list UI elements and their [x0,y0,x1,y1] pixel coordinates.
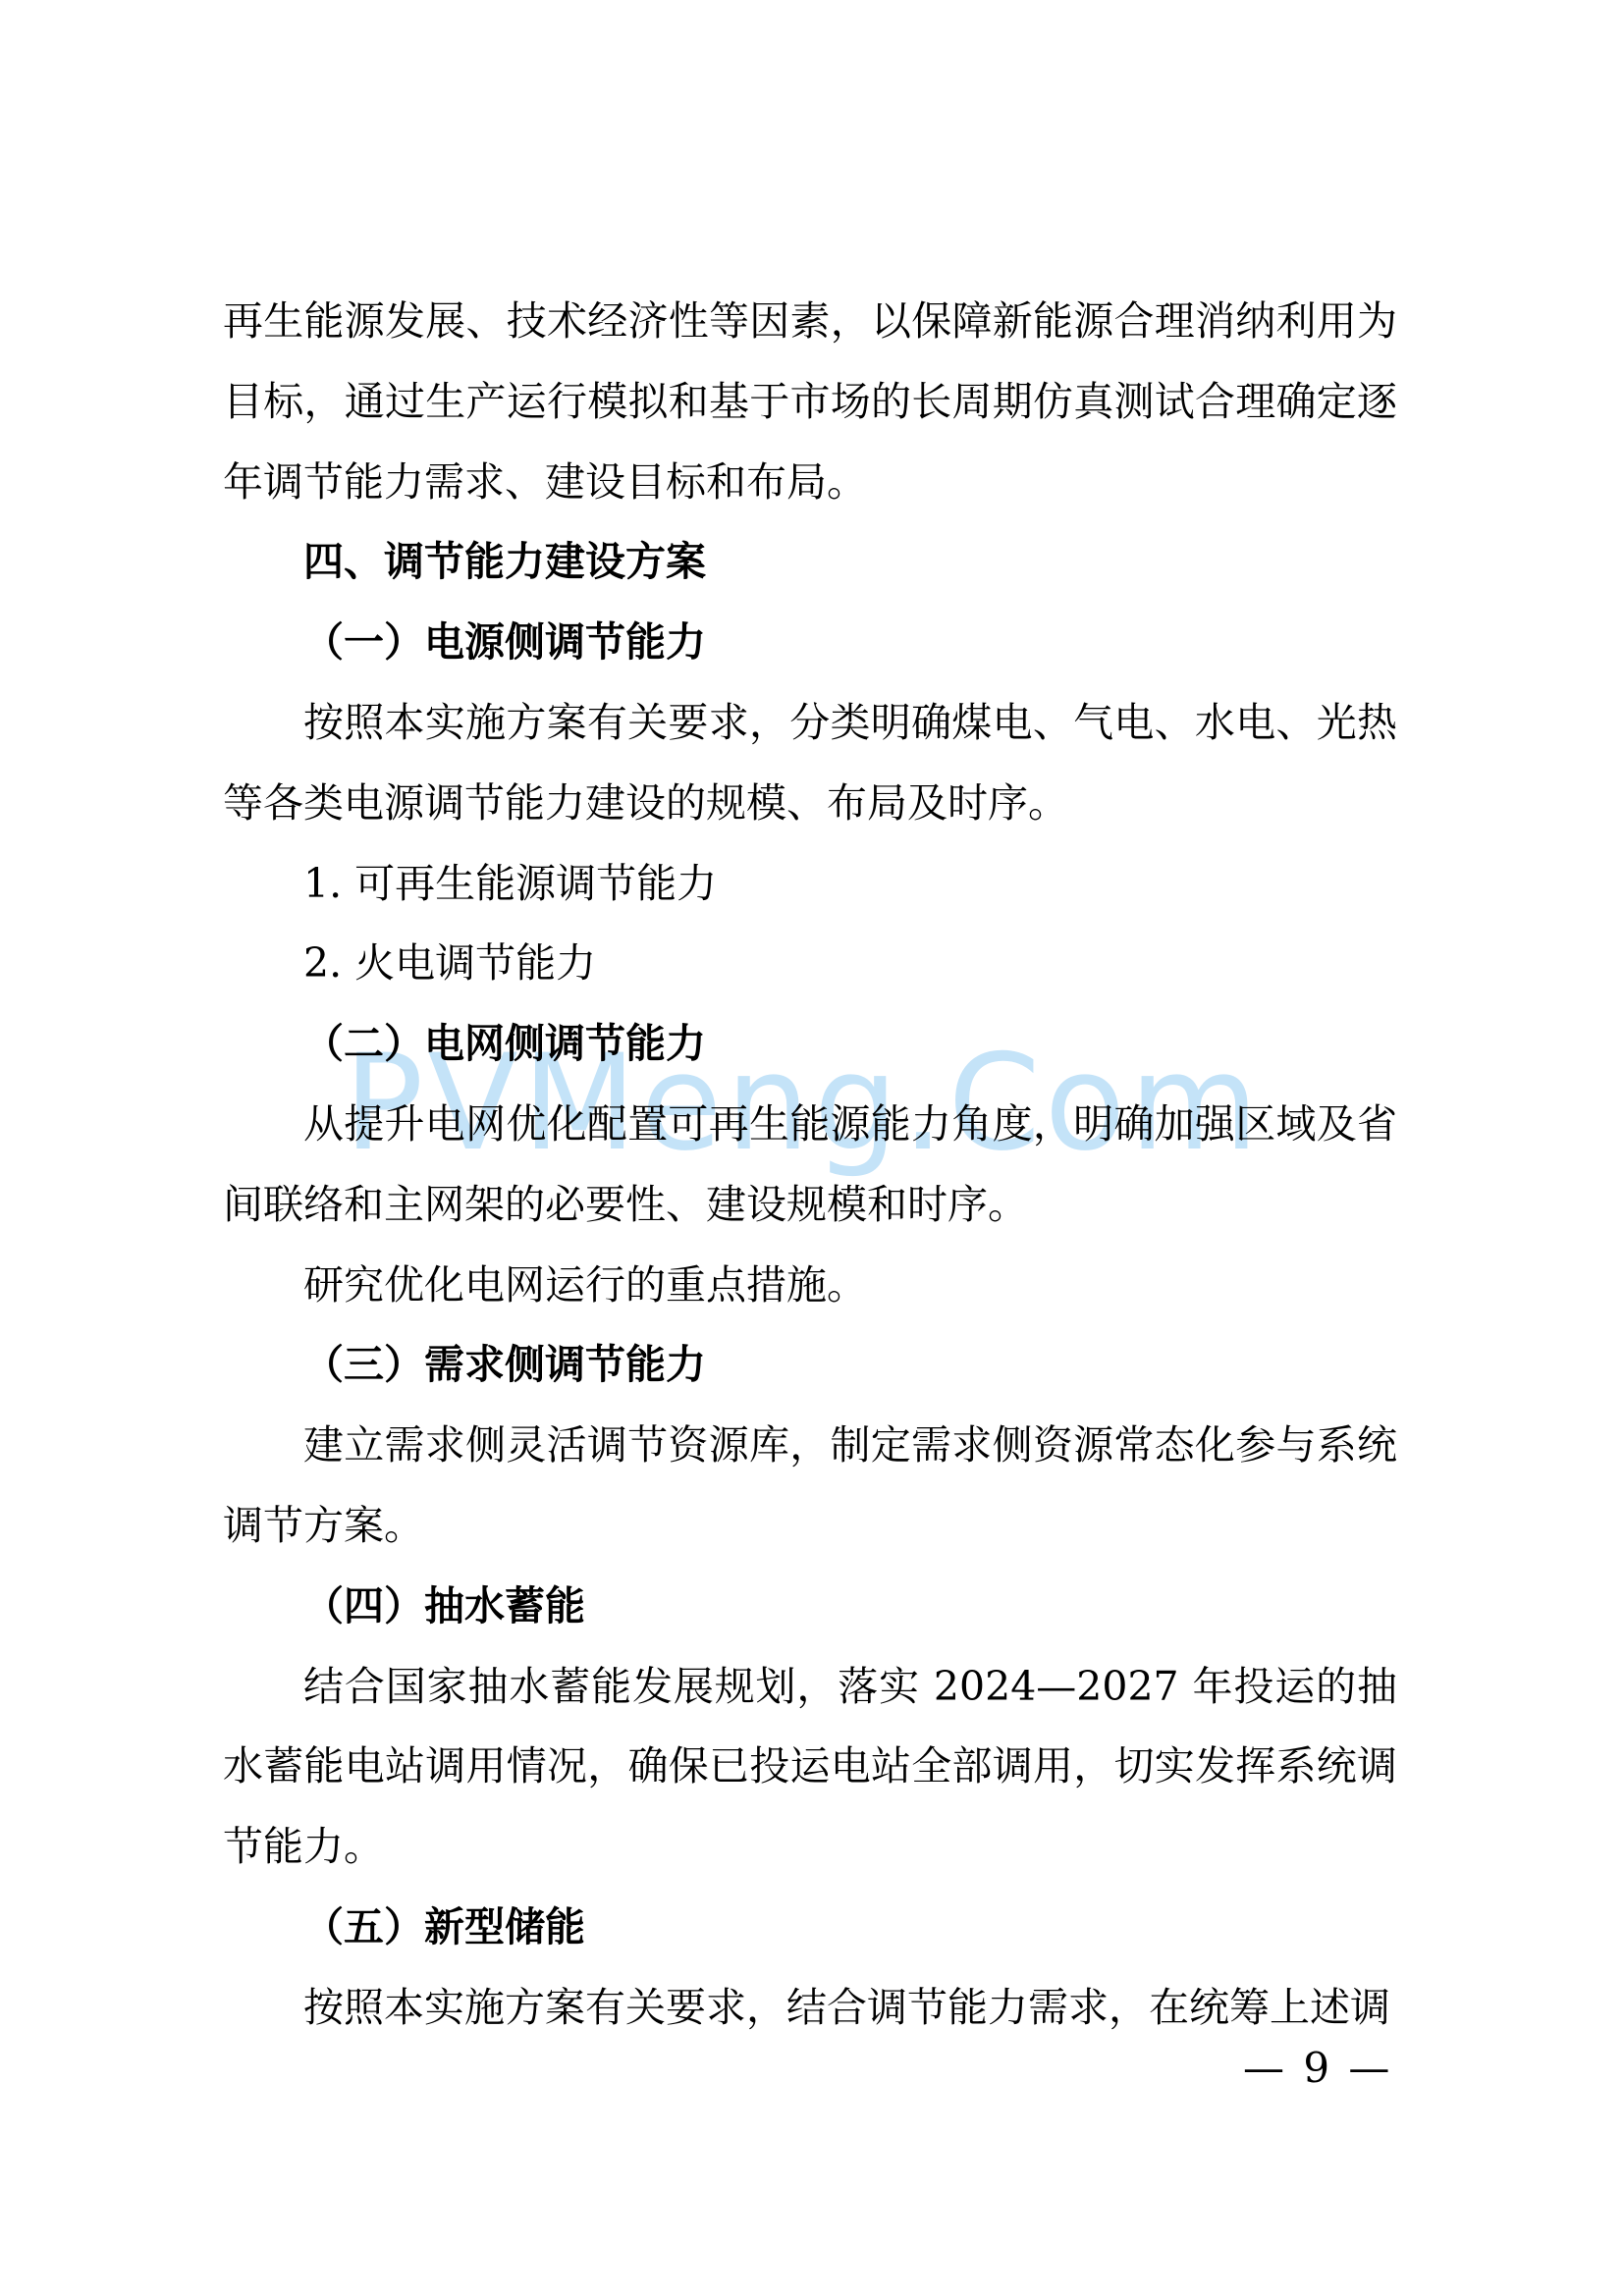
subsection-heading: （五）新型储能 [223,1888,1397,1968]
paragraph: 按照本实施方案有关要求，结合调节能力需求，在统筹上述调 [223,1968,1397,2049]
paragraph: 建立需求侧灵活调节资源库，制定需求侧资源常态化参与系统调节方案。 [223,1406,1397,1567]
section-heading: 四、调节能力建设方案 [223,522,1397,603]
paragraph: 从提升电网优化配置可再生能源能力角度，明确加强区域及省间联络和主网架的必要性、建… [223,1085,1397,1246]
paragraph: 结合国家抽水蓄能发展规划，落实 2024—2027 年投运的抽水蓄能电站调用情况… [223,1647,1397,1888]
subsection-heading: （二）电网侧调节能力 [223,1004,1397,1085]
document-page: PVMeng.Com 再生能源发展、技术经济性等因素，以保障新能源合理消纳利用为… [0,0,1624,2296]
page-number: — 9 — [1243,2046,1392,2091]
subsection-heading: （一）电源侧调节能力 [223,603,1397,683]
subsection-heading: （四）抽水蓄能 [223,1567,1397,1647]
paragraph: 按照本实施方案有关要求，分类明确煤电、气电、水电、光热等各类电源调节能力建设的规… [223,683,1397,844]
document-body: 再生能源发展、技术经济性等因素，以保障新能源合理消纳利用为目标，通过生产运行模拟… [223,282,1397,2049]
numbered-item: 2. 火电调节能力 [223,924,1397,1004]
paragraph: 研究优化电网运行的重点措施。 [223,1246,1397,1326]
subsection-heading: （三）需求侧调节能力 [223,1325,1397,1406]
paragraph-continued: 再生能源发展、技术经济性等因素，以保障新能源合理消纳利用为目标，通过生产运行模拟… [223,282,1397,522]
numbered-item: 1. 可再生能源调节能力 [223,844,1397,925]
